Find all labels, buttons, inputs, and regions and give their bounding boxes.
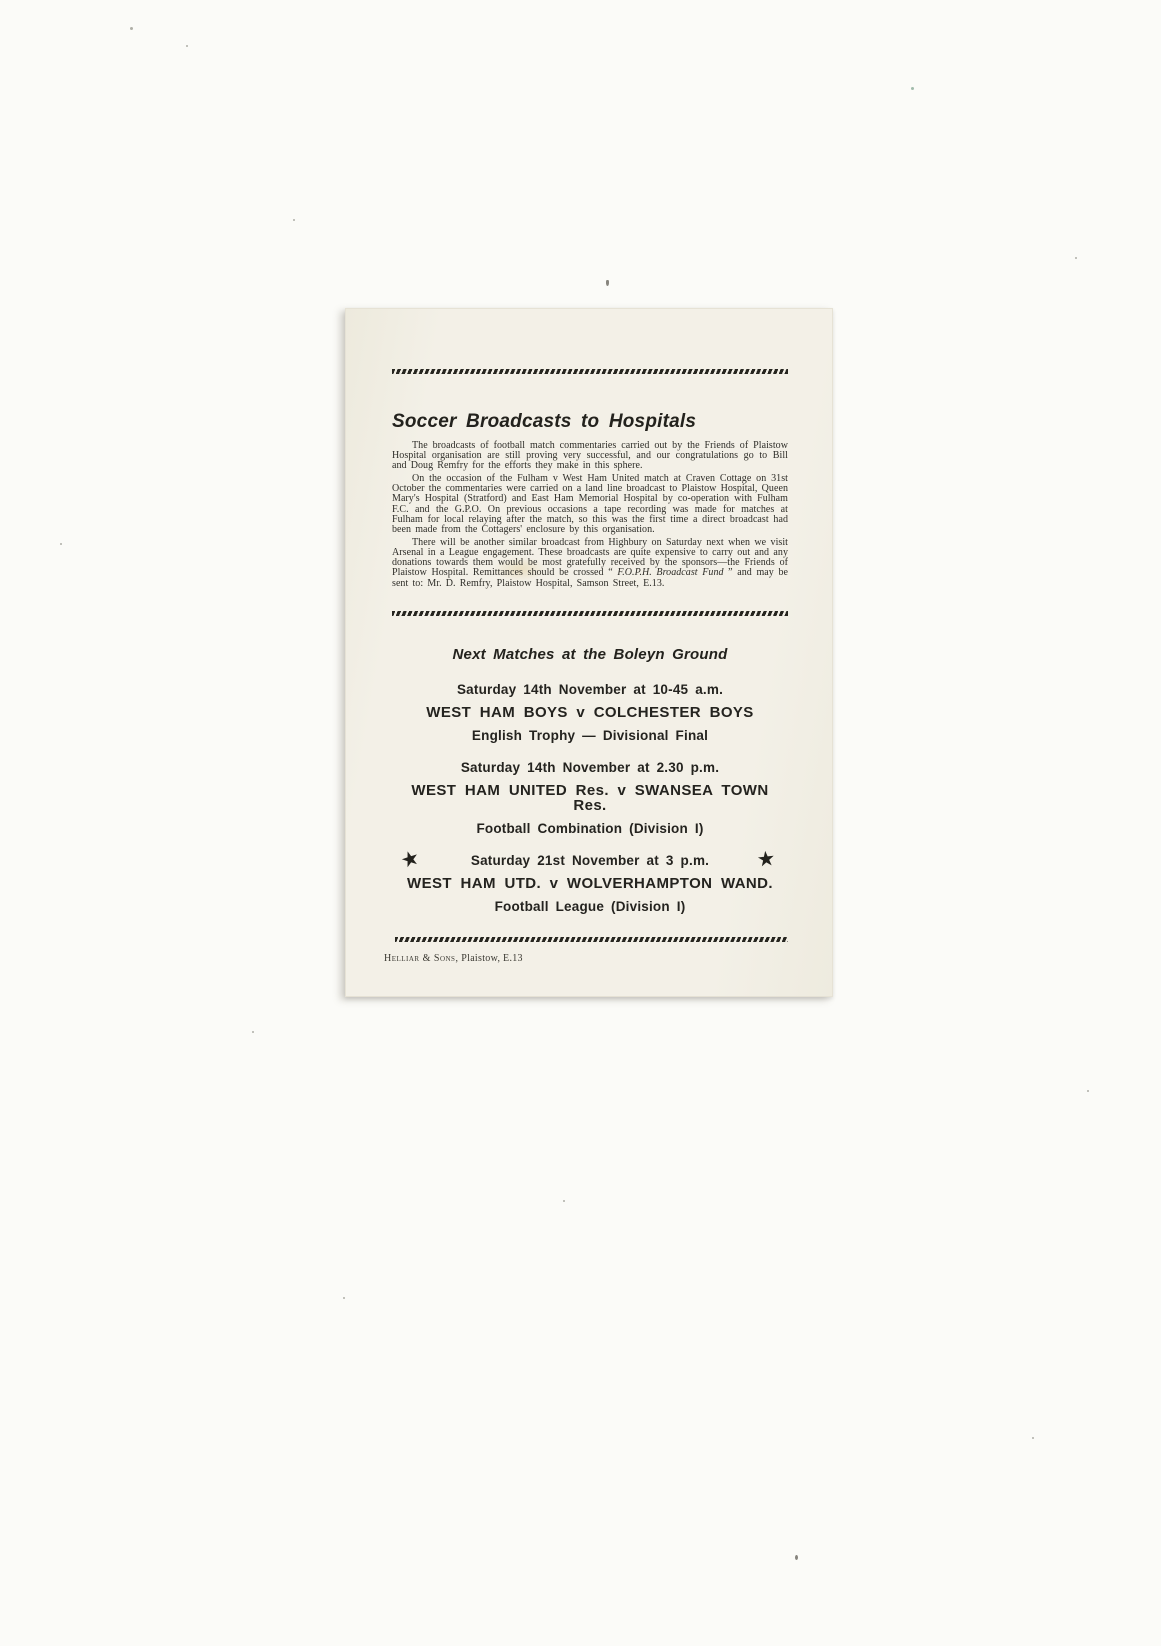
match-listing-3: ★ ★ Saturday 21st November at 3 p.m. WES…: [392, 854, 788, 913]
printer-imprint: Helliar & Sons, Plaistow, E.13: [384, 953, 788, 965]
scan-speck: [606, 280, 609, 286]
rope-divider-bottom: [395, 937, 788, 942]
match-datetime: Saturday 21st November at 3 p.m.: [392, 854, 788, 868]
scan-speck: [252, 1031, 254, 1033]
printer-name: Helliar & Sons,: [384, 953, 458, 964]
article-title: Soccer Broadcasts to Hospitals: [392, 412, 788, 433]
match-listing-2: Saturday 14th November at 2.30 p.m. WEST…: [392, 761, 788, 835]
scan-speck: [130, 27, 133, 30]
match-datetime: Saturday 14th November at 2.30 p.m.: [392, 761, 788, 775]
scan-speck: [1032, 1437, 1034, 1439]
rope-divider-middle: [392, 611, 788, 616]
article-paragraph-3: There will be another similar broadcast …: [392, 538, 788, 589]
scan-speck: [343, 1297, 345, 1299]
match-listing-1: Saturday 14th November at 10-45 a.m. WES…: [392, 683, 788, 742]
matches-section-title: Next Matches at the Boleyn Ground: [392, 646, 788, 664]
printer-location: Plaistow, E.13: [458, 953, 522, 964]
match-fixture: WEST HAM BOYS v COLCHESTER BOYS: [392, 705, 788, 720]
article-paragraph-1: The broadcasts of football match comment…: [392, 441, 788, 472]
scan-speck: [1075, 257, 1077, 259]
scan-speck: [293, 219, 295, 221]
match-competition: English Trophy — Divisional Final: [392, 729, 788, 743]
page-content: Soccer Broadcasts to Hospitals The broad…: [346, 309, 832, 965]
programme-page: Soccer Broadcasts to Hospitals The broad…: [345, 308, 833, 997]
scan-speck: [795, 1555, 798, 1560]
match-fixture: WEST HAM UNITED Res. v SWANSEA TOWN Res.: [392, 783, 788, 813]
scan-speck: [60, 543, 62, 545]
match-fixture: WEST HAM UTD. v WOLVERHAMPTON WAND.: [392, 876, 788, 891]
scanned-page-background: Soccer Broadcasts to Hospitals The broad…: [0, 0, 1161, 1646]
scan-speck: [563, 1200, 565, 1202]
match-competition: Football League (Division I): [392, 900, 788, 914]
star-icon: ★: [757, 849, 775, 869]
scan-speck: [911, 87, 914, 90]
rope-divider-top: [392, 369, 788, 374]
scan-speck: [1087, 1090, 1089, 1092]
article-paragraph-2: On the occasion of the Fulham v West Ham…: [392, 474, 788, 536]
match-competition: Football Combination (Division I): [392, 822, 788, 836]
match-datetime: Saturday 14th November at 10-45 a.m.: [392, 683, 788, 697]
scan-speck: [186, 45, 188, 47]
